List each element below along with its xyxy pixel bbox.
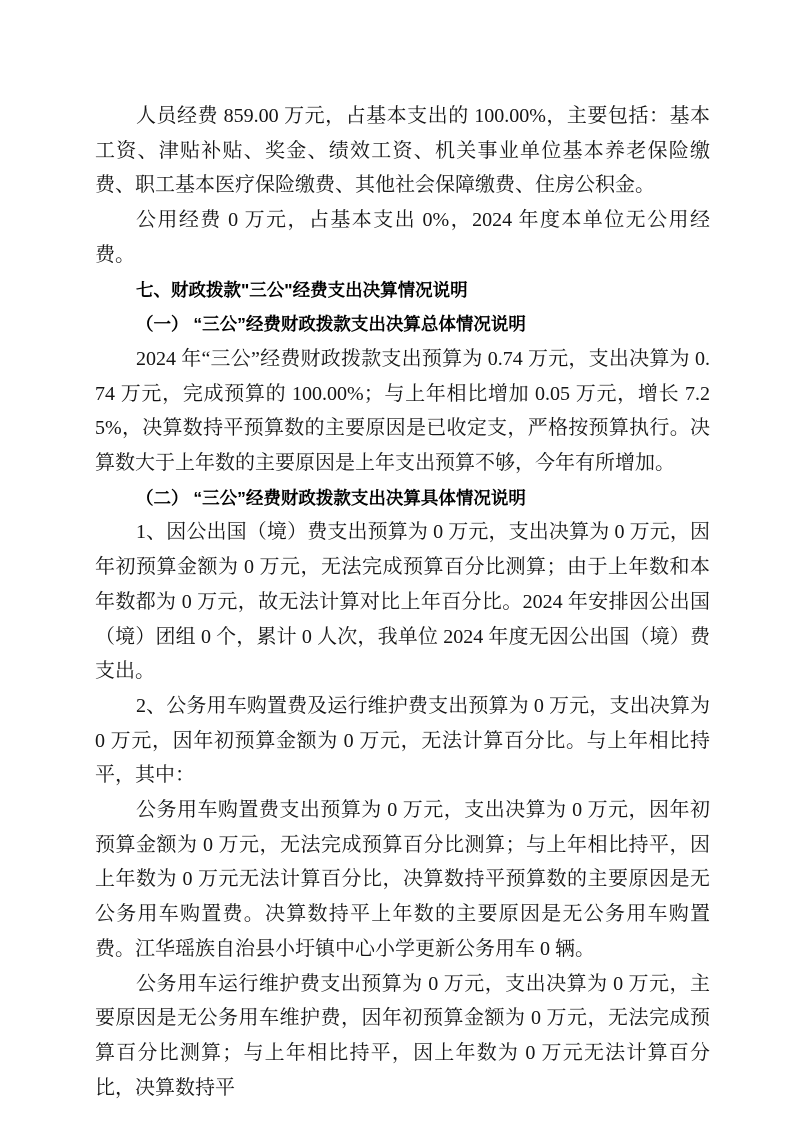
para-item1-abroad-expense: 1、因公出国（境）费支出预算为 0 万元，支出决算为 0 万元，因年初预算金额为… — [95, 515, 710, 689]
para-sangong-overall: 2024 年“三公”经费财政拨款支出预算为 0.74 万元，支出决算为 0.74… — [95, 342, 710, 481]
para-personnel-expense: 人员经费 859.00 万元，占基本支出的 100.00%，主要包括：基本工资、… — [95, 99, 710, 203]
heading-subsection-one: （一） “三公”经费财政拨款支出决算总体情况说明 — [95, 307, 710, 342]
document-body: 人员经费 859.00 万元，占基本支出的 100.00%，主要包括：基本工资、… — [95, 99, 710, 1105]
para-vehicle-purchase: 公务用车购置费支出预算为 0 万元，支出决算为 0 万元，因年初预算金额为 0 … — [95, 793, 710, 967]
para-item2-vehicle-expense: 2、公务用车购置费及运行维护费支出预算为 0 万元，支出决算为 0 万元，因年初… — [95, 689, 710, 793]
para-vehicle-maintenance: 公务用车运行维护费支出预算为 0 万元，支出决算为 0 万元，主要原因是无公务用… — [95, 967, 710, 1106]
para-public-expense: 公用经费 0 万元，占基本支出 0%，2024 年度本单位无公用经费。 — [95, 203, 710, 272]
document-page: 人员经费 859.00 万元，占基本支出的 100.00%，主要包括：基本工资、… — [0, 0, 793, 1122]
heading-section-seven: 七、财政拨款"三公"经费支出决算情况说明 — [95, 273, 710, 308]
heading-subsection-two: （二） “三公”经费财政拨款支出决算具体情况说明 — [95, 481, 710, 516]
